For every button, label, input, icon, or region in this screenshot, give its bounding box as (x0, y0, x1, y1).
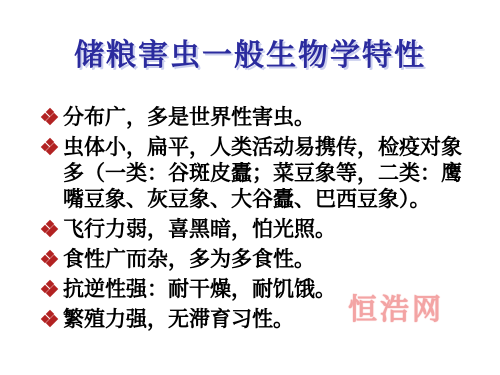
bullet-text: 繁殖力强，无滞育习性。 (63, 307, 294, 331)
bullet-item: 虫体小，扁平，人类活动易携传，检疫对象多（一类：谷斑皮蠹；菜豆象等，二类：鹰嘴豆… (42, 134, 480, 212)
bullet-text: 食性广而杂，多为多食性。 (63, 247, 315, 271)
diamond-bullet-icon (42, 221, 57, 236)
bullet-item: 飞行力弱，喜黑暗，怕光照。 (42, 216, 480, 242)
bullet-text: 虫体小，扁平，人类活动易携传，检疫对象多（一类：谷斑皮蠹；菜豆象等，二类：鹰嘴豆… (63, 135, 462, 211)
bullet-item: 分布广，多是世界性害虫。 (42, 104, 480, 130)
diamond-bullet-icon (42, 311, 57, 326)
diamond-bullet-icon (42, 139, 57, 154)
presentation-slide: 储粮害虫一般生物学特性 分布广，多是世界性害虫。 虫体小，扁平，人类活动易携传，… (0, 0, 500, 375)
bullet-text: 分布广，多是世界性害虫。 (63, 105, 315, 129)
bullet-item: 食性广而杂，多为多食性。 (42, 246, 480, 272)
slide-title: 储粮害虫一般生物学特性 (0, 30, 500, 74)
diamond-bullet-icon (42, 109, 57, 124)
diamond-bullet-icon (42, 251, 57, 266)
diamond-bullet-icon (42, 281, 57, 296)
bullet-text: 抗逆性强：耐干燥，耐饥饿。 (63, 277, 336, 301)
watermark: 恒浩网 (348, 287, 444, 328)
bullet-text: 飞行力弱，喜黑暗，怕光照。 (63, 217, 336, 241)
